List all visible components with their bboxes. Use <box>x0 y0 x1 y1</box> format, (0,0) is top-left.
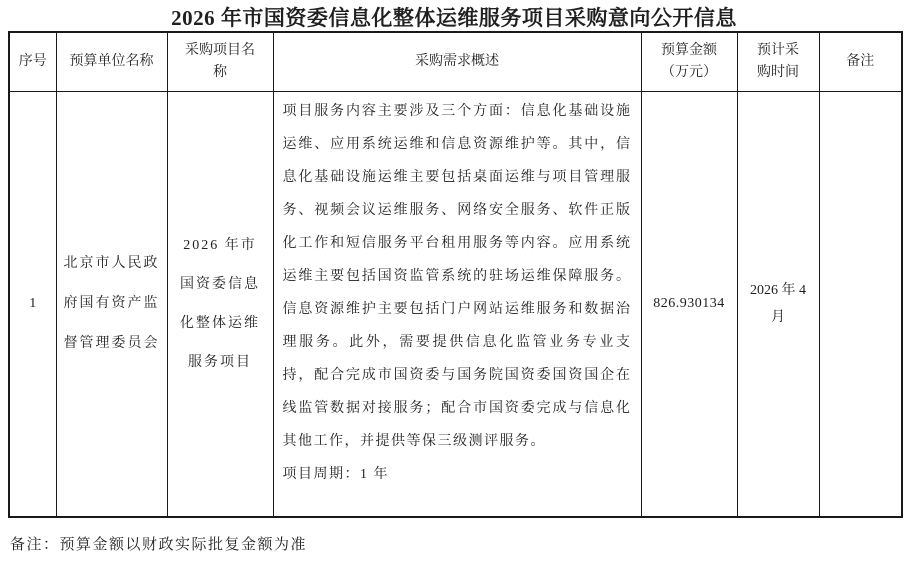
column-header-project-name-label: 采购项目名称 <box>182 40 258 84</box>
cell-remarks <box>819 91 902 517</box>
column-header-demand-overview: 采购需求概述 <box>273 32 641 91</box>
footer-note: 备注：预算金额以财政实际批复金额为准 <box>10 533 908 554</box>
cell-budget-amount: 826.930134 <box>641 91 737 517</box>
column-header-project-name: 采购项目名称 <box>167 32 273 91</box>
column-header-expected-time-label: 预计采购时间 <box>754 40 802 84</box>
cell-index: 1 <box>9 91 56 517</box>
column-header-budget-unit-label: 预算单位名称 <box>70 51 154 73</box>
column-header-budget-amount: 预算金额（万元） <box>641 32 737 91</box>
cell-expected-time: 2026 年 4 月 <box>737 91 819 517</box>
column-header-budget-unit: 预算单位名称 <box>56 32 167 91</box>
column-header-remarks-label: 备注 <box>846 51 874 73</box>
column-header-index-label: 序号 <box>19 51 47 73</box>
table-header-row: 序号 预算单位名称 采购项目名称 采购需求概述 预算金额（万元） 预计采购时间 <box>9 32 902 91</box>
cell-demand-overview: 项目服务内容主要涉及三个方面：信息化基础设施运维、应用系统运维和信息资源维护等。… <box>273 91 641 517</box>
column-header-budget-amount-label: 预算金额（万元） <box>658 40 720 84</box>
cell-budget-unit: 北京市人民政府国有资产监督管理委员会 <box>56 91 167 517</box>
table-row: 1 北京市人民政府国有资产监督管理委员会 2026 年市国资委信息化整体运维服务… <box>9 91 902 517</box>
cell-project-name: 2026 年市国资委信息化整体运维服务项目 <box>167 91 273 517</box>
document-page: 2026 年市国资委信息化整体运维服务项目采购意向公开信息 序号 预算单位名称 … <box>0 0 908 566</box>
demand-overview-paragraph: 项目服务内容主要涉及三个方面：信息化基础设施运维、应用系统运维和信息资源维护等。… <box>283 95 632 458</box>
procurement-info-table: 序号 预算单位名称 采购项目名称 采购需求概述 预算金额（万元） 预计采购时间 <box>8 31 903 518</box>
page-title: 2026 年市国资委信息化整体运维服务项目采购意向公开信息 <box>0 0 908 31</box>
column-header-index: 序号 <box>9 32 56 91</box>
column-header-demand-overview-label: 采购需求概述 <box>415 51 499 73</box>
column-header-remarks: 备注 <box>819 32 902 91</box>
project-duration-line: 项目周期：1 年 <box>283 458 632 491</box>
column-header-expected-time: 预计采购时间 <box>737 32 819 91</box>
